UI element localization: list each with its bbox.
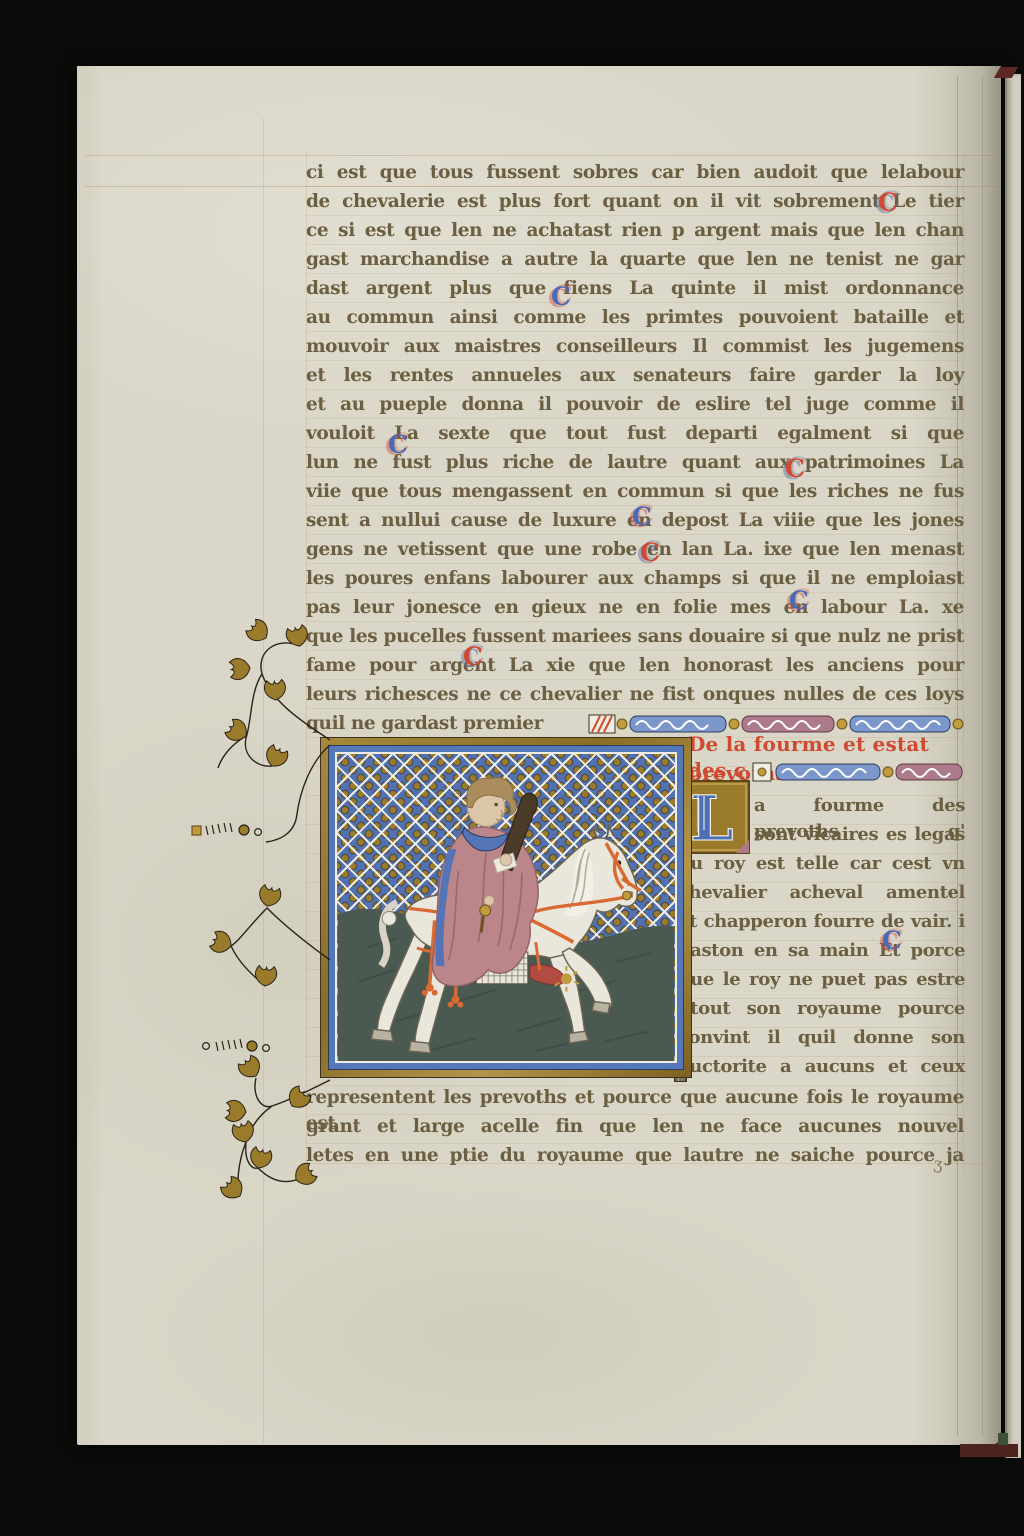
text-line: dast argent plus que fiens La quinte il … — [306, 276, 964, 305]
text-line: pas leur jonesce en gieux ne en folie me… — [306, 595, 964, 624]
gold-ivy-leaf — [244, 617, 273, 646]
gold-ivy-leaf — [229, 657, 251, 680]
text-line: ci est que tous fussent sobres car bien … — [306, 160, 964, 189]
text-line: que les pucelles fussent mariees sans do… — [306, 624, 964, 653]
text-line: auctorite a aucuns et ceux — [678, 1054, 965, 1083]
text-line: gens ne vetissent que une robe en lan La… — [306, 537, 964, 566]
text-line: et les rentes annueles aux senateurs fai… — [306, 363, 964, 392]
next-folio-edge — [1005, 74, 1021, 1458]
text-line: et au pueple donna il pouvoir de eslire … — [306, 392, 964, 421]
text-line: ptout son royaume pource — [678, 996, 965, 1025]
text-line: ce si est que len ne achatast rien p arg… — [306, 218, 964, 247]
paragraph-initial: C — [878, 190, 898, 215]
text-line: du roy est telle car cest vn — [678, 851, 965, 880]
binding-edge-green — [998, 1433, 1008, 1445]
gold-hilt — [480, 905, 491, 916]
text-line: gast marchandise a autre la quarte que l… — [306, 247, 964, 276]
gutter-crease — [982, 76, 983, 1436]
rider-eye — [494, 803, 497, 806]
hilt-grip — [481, 916, 483, 932]
gold-ivy-leaf — [254, 965, 277, 987]
text-line: letes en une ptie du royaume que lautre … — [306, 1143, 964, 1172]
text-line: les poures enfans labourer aux champs si… — [306, 566, 964, 595]
text-line: baston en sa main Et porce — [678, 938, 965, 967]
text-line: que le roy ne puet pas estre — [678, 967, 965, 996]
gold-ivy-leaf — [291, 1161, 319, 1189]
miniature-scene — [337, 754, 675, 1061]
miniature-frame-gold — [320, 737, 692, 1078]
miniature-frame-white-fillet — [335, 752, 677, 1063]
bridle-boss-gold — [622, 891, 631, 900]
gold-ivy-leaf — [264, 679, 287, 701]
gold-ivy-leaf — [236, 1054, 265, 1082]
gold-ivy-leaf — [225, 1100, 247, 1123]
ruling-line-horizontal — [85, 155, 997, 156]
binding-edge-red — [960, 1444, 1018, 1457]
chapter-bottom-text: representent les prevoths et pource que … — [306, 1085, 964, 1173]
bead-motif — [192, 823, 261, 835]
paragraph-initial: C — [640, 540, 660, 565]
horse-ears — [592, 826, 614, 837]
svg-text:L: L — [690, 782, 734, 854]
text-line: de chevalerie est plus fort quant on il … — [306, 189, 964, 218]
text-line: representent les prevoths et pource que … — [306, 1085, 964, 1114]
rider-hand-low — [484, 896, 494, 906]
text-line: fame pour argent La xie que len honorast… — [306, 653, 964, 682]
gold-ivy-leaf — [285, 624, 311, 649]
miniature-diaper-background — [337, 754, 675, 1061]
paragraph-initial: C — [789, 588, 809, 613]
bead-motif — [203, 1039, 270, 1051]
gold-ivy-leaf — [257, 884, 283, 909]
paragraph-initial: C — [463, 644, 483, 669]
text-line: leurs richesces ne ce chevalier ne fist … — [306, 682, 964, 711]
line-filler-bar — [752, 760, 966, 784]
gold-ivy-leaf — [209, 929, 235, 956]
text-line: convint il quil donne son — [678, 1025, 965, 1054]
ivy-marginalia — [170, 598, 355, 1223]
paragraph-initial: C — [388, 432, 408, 457]
paragraph-initial: C — [785, 456, 805, 481]
paragraph-initial: C — [632, 504, 652, 529]
text-line: mouvoir aux maistres conseilleurs Il com… — [306, 334, 964, 363]
rider-hand — [500, 854, 512, 866]
paragraph-initial: C — [551, 284, 571, 309]
photograph-black-backdrop: { "artifact": { "kind": "illuminated man… — [0, 0, 1024, 1536]
gold-ivy-leaf — [284, 1084, 313, 1113]
text-line: chevalier acheval amentel — [678, 880, 965, 909]
gold-ivy-leaf — [218, 1174, 247, 1203]
text-line: au commun ainsi comme les primtes pouvoi… — [306, 305, 964, 334]
miniature-frame-blue — [328, 745, 684, 1070]
gold-ivy-leaf — [231, 1120, 257, 1145]
line-filler-bar — [588, 712, 966, 736]
text-line: grant et large acelle fin que len ne fac… — [306, 1114, 964, 1143]
paragraph-initial: C — [882, 928, 902, 953]
text-line: et chapperon fourre de vair. i — [678, 909, 965, 938]
